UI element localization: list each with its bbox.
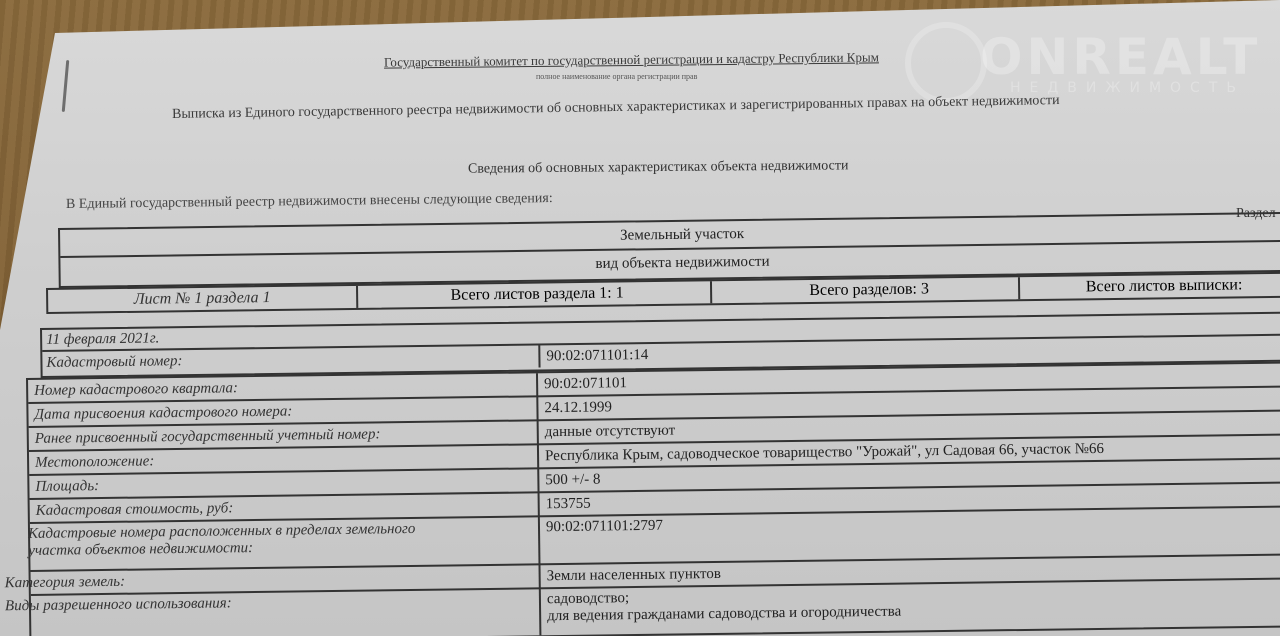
sheet-number: Лист № 1 раздела 1 [48,286,352,312]
field-value: данные отсутствуют [541,420,676,444]
field-label: Виды разрешенного использования: [1,590,506,636]
field-value: Земли населенных пунктов [542,563,721,587]
section-intro: В Единый государственный реестр недвижим… [66,191,553,213]
staple [62,60,70,112]
cadastral-number-value: 90:02:071101:14 [542,344,648,367]
characteristics-table: Номер кадастрового квартала: 90:02:07110… [26,361,1280,636]
document-title: Выписка из Единого государственного реес… [172,93,1060,123]
field-value: 90:02:071101:2797 [542,516,664,564]
section-title: Сведения об основных характеристиках объ… [468,158,849,177]
organization-name: Государственный комитет по государственн… [384,49,879,70]
watermark-logo-icon [905,22,987,104]
field-label-multiline: Кадастровые номера расположенных в преде… [24,517,529,570]
watermark-brand: ONREALT [980,28,1261,86]
field-value: 24.12.1999 [540,396,612,419]
extract-date: 11 февраля 2021г. [42,328,159,350]
field-value: 153755 [542,493,591,516]
field-label-continued: участка объектов недвижимости: [28,540,253,560]
field-value: 500 +/- 8 [541,468,600,491]
field-value-continued: для ведения гражданами садоводства и ого… [547,604,901,626]
document-page: ONREALT НЕДВИЖИМОСТЬ Государственный ком… [0,0,1280,636]
organization-caption: полное наименование органа регистрации п… [536,72,697,81]
field-value-multiline: садоводство; для ведения гражданами садо… [543,585,902,636]
total-sheets-extract: Всего листов выписки: [1020,274,1280,300]
field-value: садоводство; [547,590,629,608]
total-sheets-section: Всего листов раздела 1: 1 [358,281,712,308]
field-value: 90:02:071101 [540,372,627,395]
total-sections: Всего разделов: 3 [712,277,1022,303]
